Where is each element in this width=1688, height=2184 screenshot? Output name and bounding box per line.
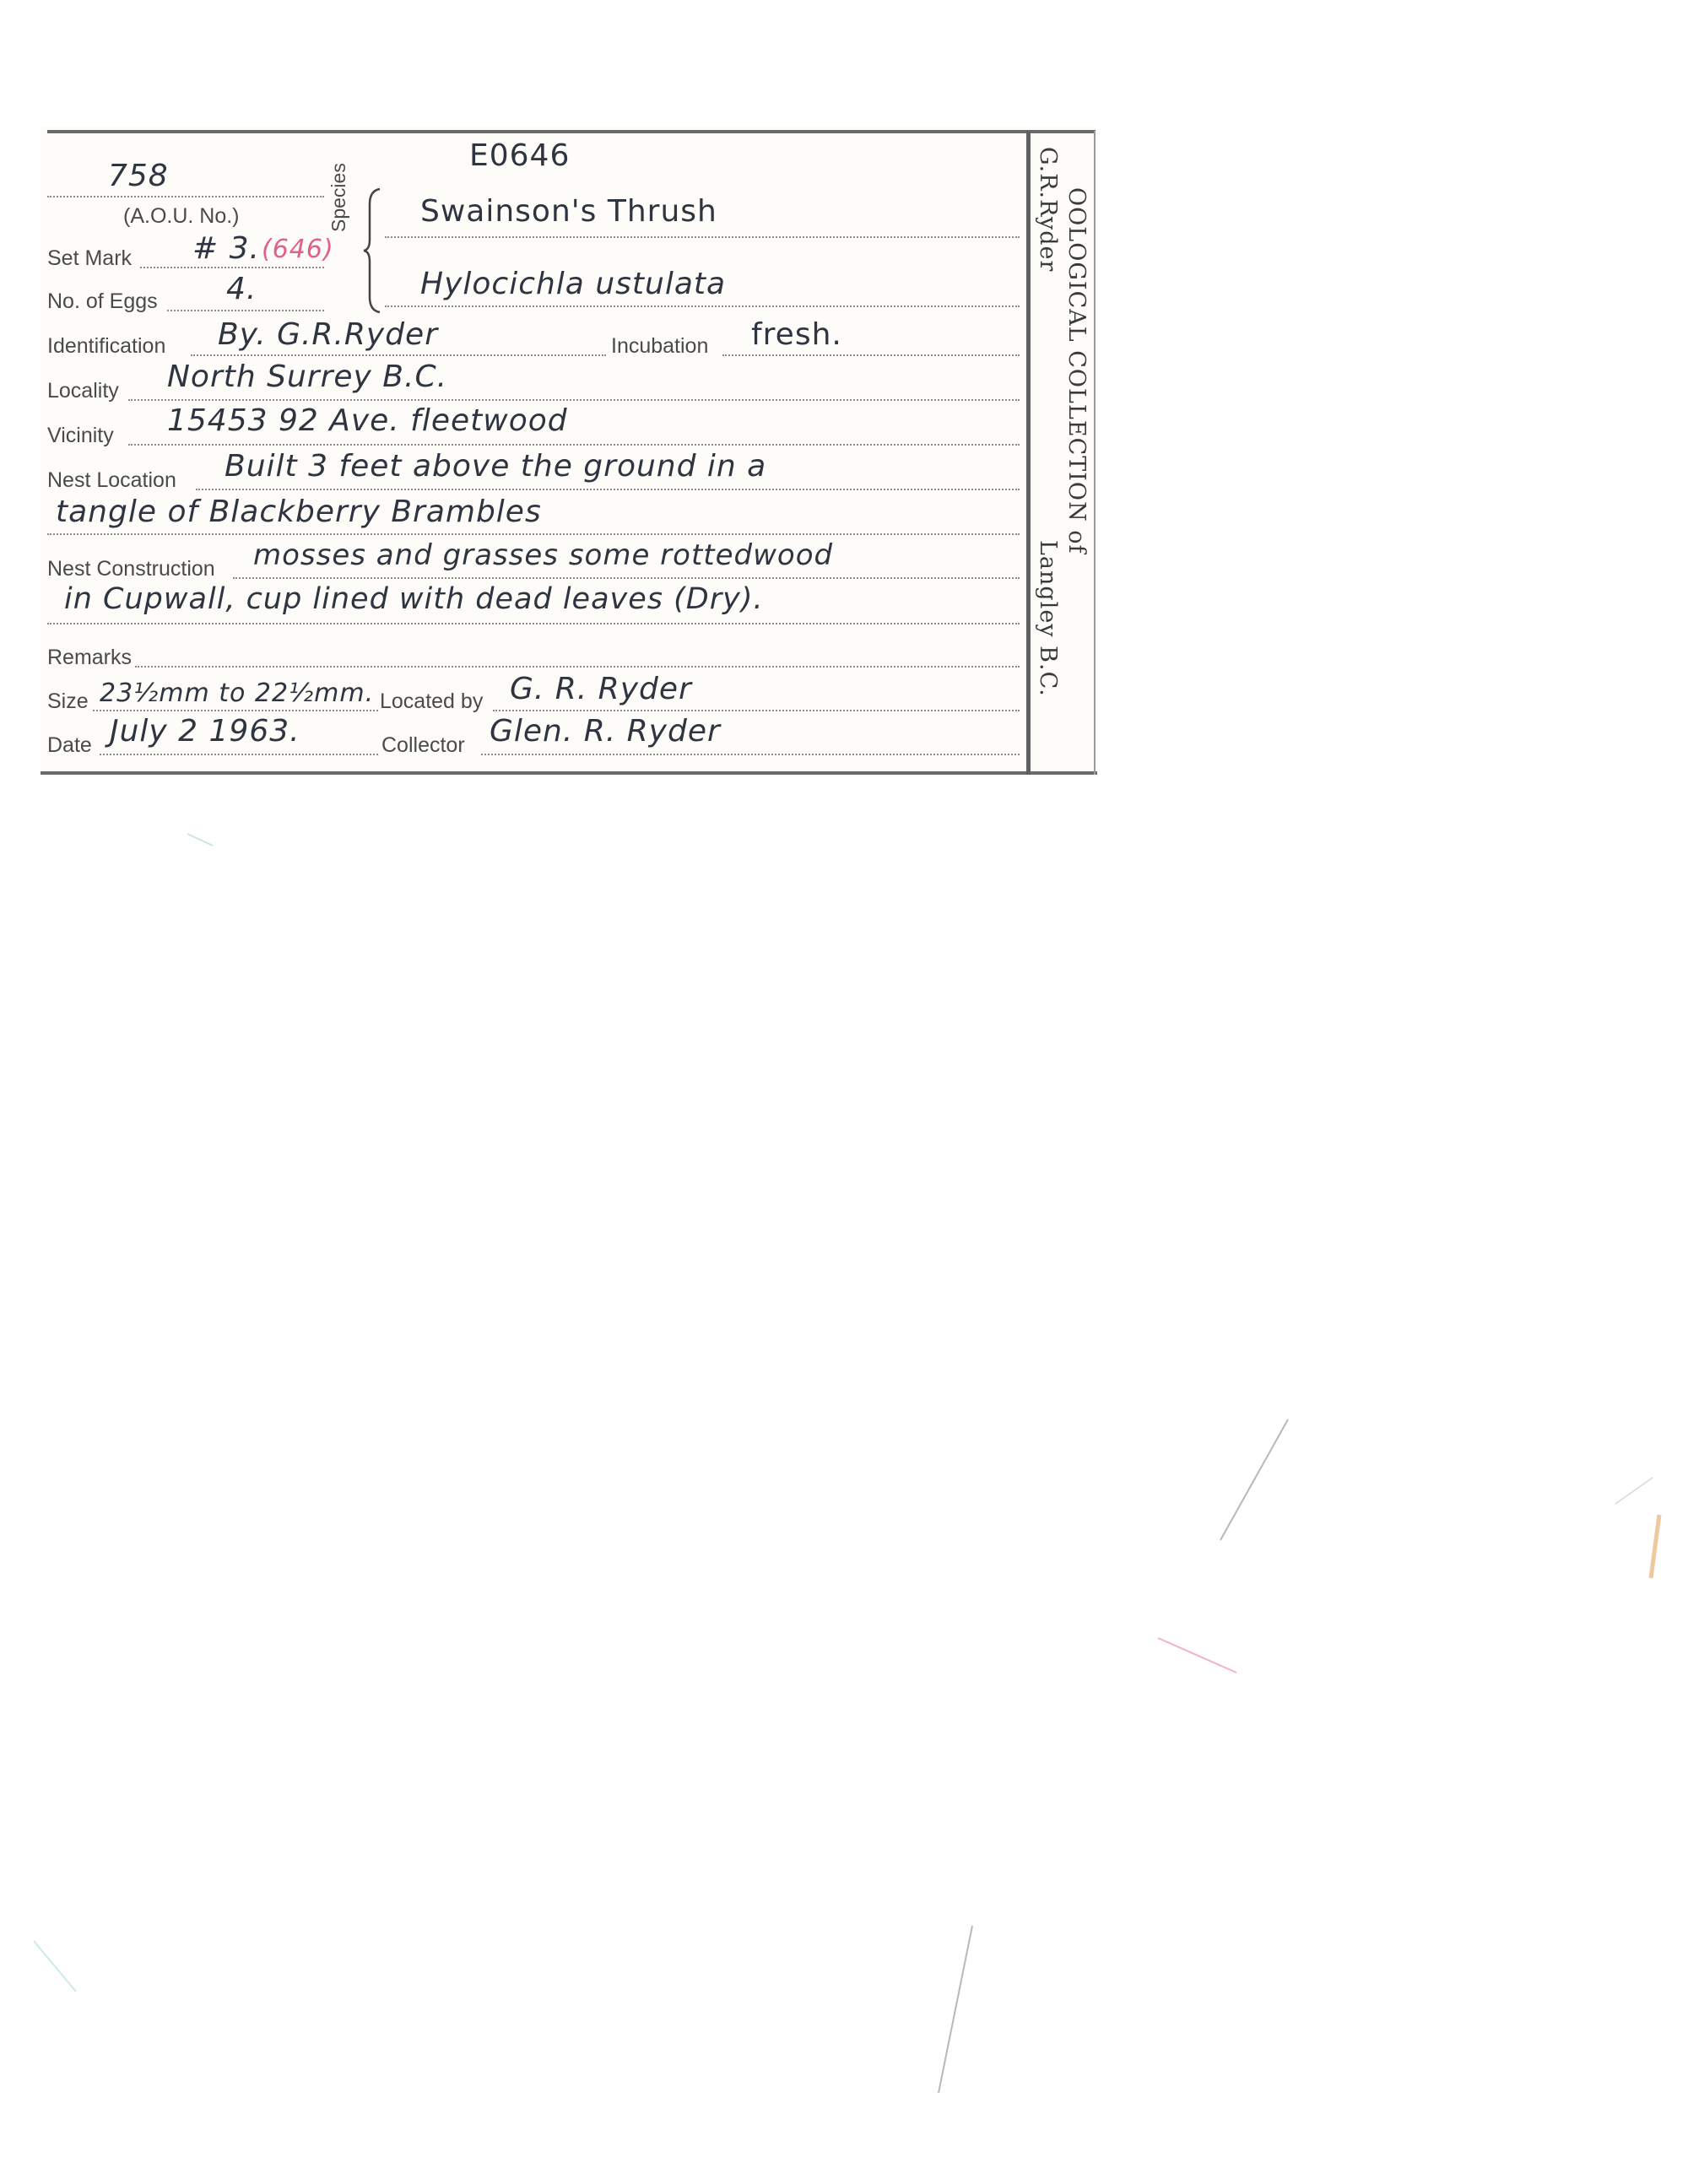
scan-artifacts [0,0,1688,2184]
